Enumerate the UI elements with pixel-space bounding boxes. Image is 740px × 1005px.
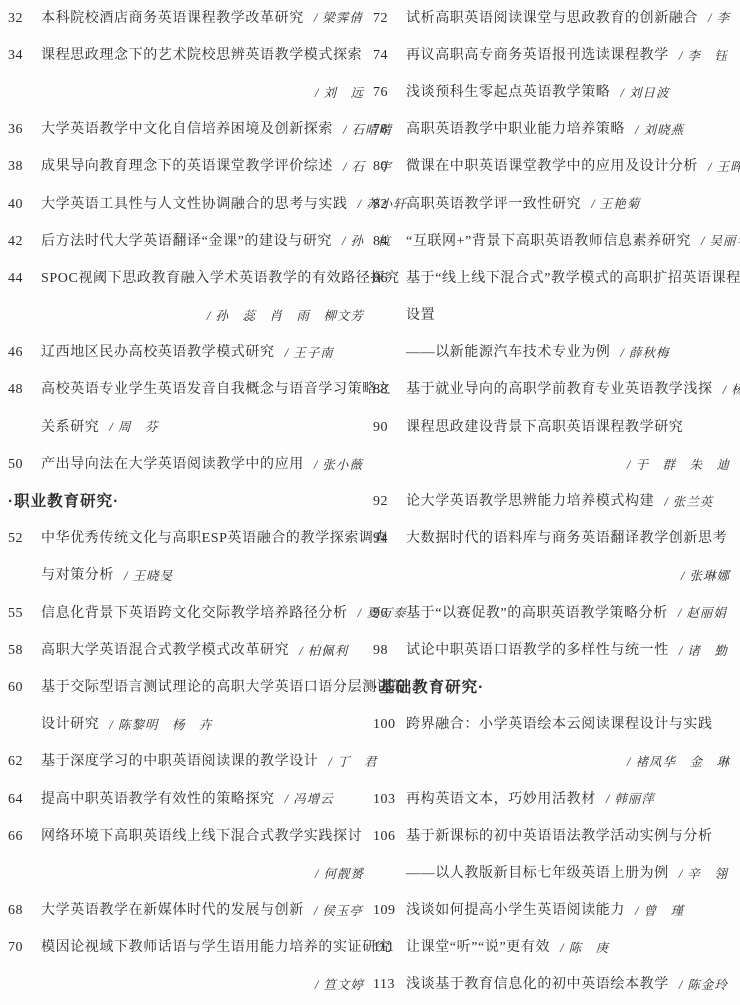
entry-title: 基于交际型语言测试理论的高职大学英语口语分层测试的: [41, 681, 406, 695]
entry-author: / 韩丽萍: [606, 793, 655, 806]
entry-title-continuation: ——以人教版新目标七年级英语上册为例: [406, 867, 669, 881]
toc-entry: 82高职英语教学评一致性研究/ 王艳菊: [373, 186, 732, 223]
toc-entry: 88基于就业导向的高职学前教育专业英语教学浅探/ 杨 丹: [373, 372, 732, 409]
toc-entry: 103再构英语文本，巧妙用活教材/ 韩丽萍: [373, 781, 732, 818]
toc-entry-continuation: ——以人教版新目标七年级英语上册为例/ 辛 翎: [373, 855, 732, 892]
toc-entry: 55信息化背景下英语跨文化交际教学培养路径分析/ 夏万泰: [8, 595, 366, 632]
entry-page-number: 106: [373, 830, 397, 844]
toc-column-left: 32本科院校酒店商务英语课程教学改革研究/ 梁霁倩34课程思政理念下的艺术院校思…: [8, 0, 366, 1004]
entry-page-number: 46: [8, 346, 32, 360]
entry-title: 辽西地区民办高校英语教学模式研究: [41, 346, 275, 360]
toc-entry: 94大数据时代的语料库与商务英语翻译教学创新思考: [373, 521, 732, 558]
toc-entry-author-line: / 褚凤华 金 琳: [373, 744, 732, 781]
entry-page-number: 42: [8, 235, 32, 249]
toc-entry: 86基于“线上线下混合式”教学模式的高职扩招英语课程: [373, 260, 732, 297]
entry-page-number: 80: [373, 160, 397, 174]
entry-title: 微课在中职英语课堂教学中的应用及设计分析: [406, 160, 698, 174]
toc-entry-continuation: 关系研究/ 周 芬: [8, 409, 366, 446]
entry-title: 课程思政理念下的艺术院校思辨英语教学模式探索: [41, 49, 362, 63]
entry-page-number: 72: [373, 12, 397, 26]
entry-title: 网络环境下高职英语线上线下混合式教学实践探讨: [41, 830, 362, 844]
toc-entry: 98试论中职英语口语教学的多样性与统一性/ 诸 勤: [373, 632, 732, 669]
entry-page-number: 92: [373, 495, 397, 509]
toc-entry: 84“互联网+”背景下高职英语教师信息素养研究/ 吴丽华: [373, 223, 732, 260]
entry-author: / 李 晔: [708, 12, 740, 25]
entry-author: / 刘日波: [620, 87, 669, 100]
toc-entry: 46辽西地区民办高校英语教学模式研究/ 王子南: [8, 335, 366, 372]
toc-entry: 113浅谈基于教育信息化的初中英语绘本教学/ 陈金玲: [373, 967, 732, 1004]
entry-page-number: 76: [373, 86, 397, 100]
toc-entry: 109浅谈如何提高小学生英语阅读能力/ 曾 瑾: [373, 893, 732, 930]
entry-title: 基于“以赛促教”的高职英语教学策略分析: [406, 607, 668, 621]
entry-page-number: 36: [8, 123, 32, 137]
entry-title: 后方法时代大学英语翻译“金课”的建设与研究: [41, 235, 332, 249]
toc-entry: 74再议高职高专商务英语报刊选读课程教学/ 李 钰: [373, 37, 732, 74]
entry-page-number: 60: [8, 681, 32, 695]
entry-title: 模因论视域下教师话语与学生语用能力培养的实证研究: [41, 941, 391, 955]
toc-entry: 62基于深度学习的中职英语阅读课的教学设计/ 丁 君: [8, 744, 366, 781]
toc-entry: 80微课在中职英语课堂教学中的应用及设计分析/ 王晖晴: [373, 149, 732, 186]
entry-page-number: 98: [373, 644, 397, 658]
toc-entry-continuation: 设计研究/ 陈黎明 杨 卉: [8, 707, 366, 744]
entry-page-number: 103: [373, 793, 397, 807]
entry-page-number: 50: [8, 458, 32, 472]
toc-page: 32本科院校酒店商务英语课程教学改革研究/ 梁霁倩34课程思政理念下的艺术院校思…: [0, 0, 740, 1005]
entry-title: 高校英语专业学生英语发音自我概念与语音学习策略之: [41, 383, 391, 397]
toc-entry-author-line: / 笪文婷: [8, 967, 366, 1004]
entry-author: / 张小薇: [314, 459, 363, 472]
entry-page-number: 88: [373, 383, 397, 397]
entry-title: 大学英语教学在新媒体时代的发展与创新: [41, 904, 304, 918]
entry-title: 让课堂“听”“说”更有效: [406, 941, 550, 955]
entry-page-number: 48: [8, 383, 32, 397]
entry-page-number: 111: [373, 941, 397, 955]
entry-page-number: 34: [8, 49, 32, 63]
entry-author: / 刘晓燕: [635, 124, 684, 137]
entry-page-number: 62: [8, 755, 32, 769]
entry-title: 本科院校酒店商务英语课程教学改革研究: [41, 12, 304, 26]
toc-entry: 70模因论视域下教师话语与学生语用能力培养的实证研究: [8, 930, 366, 967]
toc-entry: 60基于交际型语言测试理论的高职大学英语口语分层测试的: [8, 669, 366, 706]
toc-entry: 68大学英语教学在新媒体时代的发展与创新/ 侯玉亭: [8, 893, 366, 930]
entry-title: 中华优秀传统文化与高职ESP英语融合的教学探索调查: [41, 532, 388, 546]
entry-page-number: 44: [8, 272, 32, 286]
entry-author: / 陈黎明 杨 卉: [109, 719, 212, 732]
entry-author: / 刘 远: [315, 87, 364, 100]
entry-title: 浅谈预科生零起点英语教学策略: [406, 86, 610, 100]
toc-entry: 48高校英语专业学生英语发音自我概念与语音学习策略之: [8, 372, 366, 409]
entry-title: 基于深度学习的中职英语阅读课的教学设计: [41, 755, 318, 769]
entry-author: / 王晓旻: [124, 570, 173, 583]
entry-page-number: 100: [373, 718, 397, 732]
entry-author: / 孙 蕊 肖 雨 柳文芳: [207, 310, 364, 323]
entry-title: 基于就业导向的高职学前教育专业英语教学浅探: [406, 383, 713, 397]
entry-title: 高职大学英语混合式教学模式改革研究: [41, 644, 289, 658]
entry-title: 大数据时代的语料库与商务英语翻译教学创新思考: [406, 532, 727, 546]
entry-title-continuation: 与对策分析: [41, 569, 114, 583]
section-title: ·基础教育研究·: [373, 680, 484, 696]
entry-author: / 丁 君: [328, 756, 377, 769]
entry-author: / 杨 丹: [723, 384, 740, 397]
section-header: ·基础教育研究·: [373, 669, 732, 706]
toc-entry: 66网络环境下高职英语线上线下混合式教学实践探讨: [8, 818, 366, 855]
entry-page-number: 109: [373, 904, 397, 918]
entry-title: 提高中职英语教学有效性的策略探究: [41, 793, 275, 807]
entry-page-number: 113: [373, 978, 397, 992]
entry-author: / 薛秋梅: [620, 347, 669, 360]
entry-author: / 张兰英: [664, 496, 713, 509]
entry-title: 课程思政建设背景下高职英语课程教学研究: [406, 421, 683, 435]
section-header: ·职业教育研究·: [8, 483, 366, 520]
toc-entry: 58高职大学英语混合式教学模式改革研究/ 柏佩利: [8, 632, 366, 669]
entry-author: / 赵丽娟: [678, 607, 727, 620]
toc-entry-author-line: / 于 群 朱 迪: [373, 446, 732, 483]
entry-page-number: 38: [8, 160, 32, 174]
toc-entry: 76浅谈预科生零起点英语教学策略/ 刘日波: [373, 74, 732, 111]
entry-title: 试析高职英语阅读课堂与思政教育的创新融合: [406, 12, 698, 26]
entry-page-number: 66: [8, 830, 32, 844]
toc-entry: 111让课堂“听”“说”更有效/ 陈 庚: [373, 930, 732, 967]
entry-author: / 李 钰: [679, 50, 728, 63]
entry-page-number: 70: [8, 941, 32, 955]
toc-entry-author-line: / 张琳娜: [373, 558, 732, 595]
entry-author: / 曾 瑾: [635, 905, 684, 918]
entry-title-continuation: ——以新能源汽车技术专业为例: [406, 346, 610, 360]
toc-entry-continuation: 设置: [373, 298, 732, 335]
entry-page-number: 64: [8, 793, 32, 807]
entry-title: 大学英语工具性与人文性协调融合的思考与实践: [41, 198, 348, 212]
entry-page-number: 58: [8, 644, 32, 658]
entry-page-number: 68: [8, 904, 32, 918]
toc-entry: 78高职英语教学中职业能力培养策略/ 刘晓燕: [373, 112, 732, 149]
entry-title: 再议高职高专商务英语报刊选读课程教学: [406, 49, 669, 63]
toc-entry: 90课程思政建设背景下高职英语课程教学研究: [373, 409, 732, 446]
entry-author: / 周 芬: [109, 421, 158, 434]
entry-author: / 辛 翎: [679, 868, 728, 881]
toc-entry: 32本科院校酒店商务英语课程教学改革研究/ 梁霁倩: [8, 0, 366, 37]
toc-entry: 40大学英语工具性与人文性协调融合的思考与实践/ 苏小轩: [8, 186, 366, 223]
entry-title: “互联网+”背景下高职英语教师信息素养研究: [406, 235, 691, 249]
entry-title: 产出导向法在大学英语阅读教学中的应用: [41, 458, 304, 472]
entry-author: / 吴丽华: [701, 235, 740, 248]
entry-title: 高职英语教学评一致性研究: [406, 198, 581, 212]
entry-title: SPOC视阈下思政教育融入学术英语教学的有效路径探究: [41, 272, 400, 286]
toc-entry-author-line: / 刘 远: [8, 74, 366, 111]
entry-author: / 王子南: [285, 347, 334, 360]
toc-entry: 72试析高职英语阅读课堂与思政教育的创新融合/ 李 晔: [373, 0, 732, 37]
entry-page-number: 32: [8, 12, 32, 26]
entry-author: / 王晖晴: [708, 161, 740, 174]
entry-title: 基于新课标的初中英语语法教学活动实例与分析: [406, 830, 713, 844]
entry-title: 跨界融合：小学英语绘本云阅读课程设计与实践: [406, 718, 713, 732]
entry-author: / 梁霁倩: [314, 12, 363, 25]
toc-entry-author-line: / 何靓赟: [8, 855, 366, 892]
entry-title: 信息化背景下英语跨文化交际教学培养路径分析: [41, 607, 348, 621]
toc-entry: 100跨界融合：小学英语绘本云阅读课程设计与实践: [373, 707, 732, 744]
entry-title: 试论中职英语口语教学的多样性与统一性: [406, 644, 669, 658]
entry-author: / 陈金玲: [679, 979, 728, 992]
toc-entry: 36大学英语教学中文化自信培养困境及创新探索/ 石晴晴: [8, 112, 366, 149]
toc-entry: 106基于新课标的初中英语语法教学活动实例与分析: [373, 818, 732, 855]
entry-page-number: 82: [373, 198, 397, 212]
entry-page-number: 90: [373, 421, 397, 435]
entry-page-number: 55: [8, 607, 32, 621]
entry-title-continuation: 设置: [406, 309, 435, 323]
entry-author: / 王艳菊: [591, 198, 640, 211]
entry-author: / 柏佩利: [299, 645, 348, 658]
entry-page-number: 86: [373, 272, 397, 286]
toc-entry: 42后方法时代大学英语翻译“金课”的建设与研究/ 孙 杭: [8, 223, 366, 260]
toc-entry: 38成果导向教育理念下的英语课堂教学评价综述/ 石 宇: [8, 149, 366, 186]
entry-author: / 张琳娜: [681, 570, 730, 583]
toc-entry: 44SPOC视阈下思政教育融入学术英语教学的有效路径探究: [8, 260, 366, 297]
entry-title: 基于“线上线下混合式”教学模式的高职扩招英语课程: [406, 272, 740, 286]
entry-author: / 诸 勤: [679, 645, 728, 658]
entry-author: / 陈 庚: [560, 942, 609, 955]
entry-title-continuation: 关系研究: [41, 421, 99, 435]
toc-entry-continuation: ——以新能源汽车技术专业为例/ 薛秋梅: [373, 335, 732, 372]
toc-entry: 50产出导向法在大学英语阅读教学中的应用/ 张小薇: [8, 446, 366, 483]
section-title: ·职业教育研究·: [8, 494, 119, 510]
entry-author: / 褚凤华 金 琳: [627, 756, 730, 769]
toc-entry: 96基于“以赛促教”的高职英语教学策略分析/ 赵丽娟: [373, 595, 732, 632]
entry-page-number: 40: [8, 198, 32, 212]
entry-title-continuation: 设计研究: [41, 718, 99, 732]
entry-title: 浅谈基于教育信息化的初中英语绘本教学: [406, 978, 669, 992]
entry-page-number: 94: [373, 532, 397, 546]
entry-page-number: 84: [373, 235, 397, 249]
entry-page-number: 74: [373, 49, 397, 63]
entry-title: 高职英语教学中职业能力培养策略: [406, 123, 625, 137]
entry-author: / 笪文婷: [315, 979, 364, 992]
entry-page-number: 52: [8, 532, 32, 546]
toc-entry: 52中华优秀传统文化与高职ESP英语融合的教学探索调查: [8, 521, 366, 558]
entry-author: / 侯玉亭: [314, 905, 363, 918]
toc-entry: 34课程思政理念下的艺术院校思辨英语教学模式探索: [8, 37, 366, 74]
entry-title: 论大学英语教学思辨能力培养模式构建: [406, 495, 654, 509]
toc-column-right: 72试析高职英语阅读课堂与思政教育的创新融合/ 李 晔74再议高职高专商务英语报…: [373, 0, 732, 1004]
entry-author: / 冯增云: [285, 793, 334, 806]
toc-entry: 64提高中职英语教学有效性的策略探究/ 冯增云: [8, 781, 366, 818]
toc-entry: 92论大学英语教学思辨能力培养模式构建/ 张兰英: [373, 483, 732, 520]
entry-author: / 于 群 朱 迪: [627, 459, 730, 472]
entry-page-number: 96: [373, 607, 397, 621]
entry-author: / 何靓赟: [315, 868, 364, 881]
entry-title: 浅谈如何提高小学生英语阅读能力: [406, 904, 625, 918]
toc-entry-continuation: 与对策分析/ 王晓旻: [8, 558, 366, 595]
entry-title: 成果导向教育理念下的英语课堂教学评价综述: [41, 160, 333, 174]
entry-title: 再构英语文本，巧妙用活教材: [406, 793, 596, 807]
toc-entry-author-line: / 孙 蕊 肖 雨 柳文芳: [8, 298, 366, 335]
entry-title: 大学英语教学中文化自信培养困境及创新探索: [41, 123, 333, 137]
entry-page-number: 78: [373, 123, 397, 137]
